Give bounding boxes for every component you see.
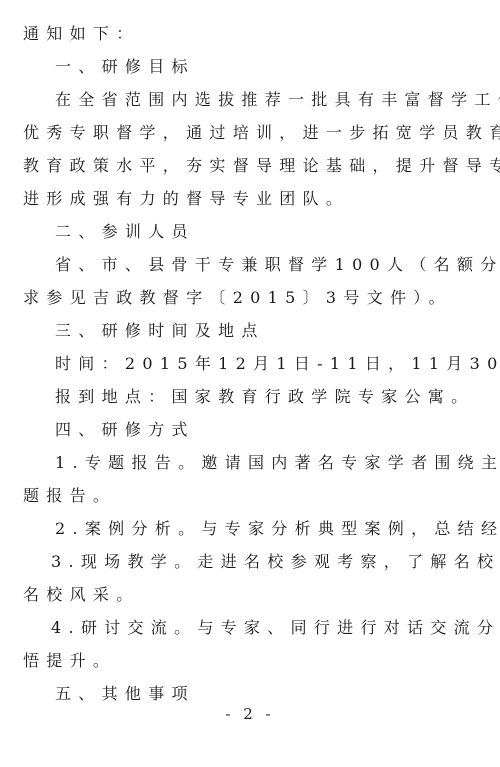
list-item-1: 1.专题报告。邀请国内著名专家学者围绕主题作系列专: [23, 446, 463, 479]
paragraph-line: 省、市、县骨干专兼职督学100人（名额分配及其他要: [23, 248, 463, 281]
salutation-line: 通知如下：: [23, 17, 463, 50]
list-item-4: 4.研讨交流。与专家、同行进行对话交流分享思路，感: [23, 611, 463, 644]
paragraph-line: 优秀专职督学，通过培训，进一步拓宽学员教育视野，提高: [23, 116, 463, 149]
page-number: - 2 -: [0, 705, 500, 723]
list-item-3-cont: 名校风采。: [23, 578, 463, 611]
list-item-1-cont: 题报告。: [23, 479, 463, 512]
section-heading-1: 一、研修目标: [23, 50, 463, 83]
location-line: 报到地点：国家教育行政学院专家公寓。: [23, 380, 463, 413]
list-item-3: 3.现场教学。走进名校参观考察，了解名校特色，感受: [23, 545, 463, 578]
section-heading-3: 三、研修时间及地点: [23, 314, 463, 347]
list-item-2: 2.案例分析。与专家分析典型案例，总结经验。: [23, 512, 463, 545]
paragraph-line: 教育政策水平，夯实督导理论基础，提升督导专业能力，促: [23, 149, 463, 182]
paragraph-line: 求参见吉政教督字〔2015〕3号文件）。: [23, 281, 463, 314]
paragraph-line: 在全省范围内选拔推荐一批具有丰富督学工作经验的: [23, 83, 463, 116]
list-item-4-cont: 悟提升。: [23, 644, 463, 677]
paragraph-line: 进形成强有力的督导专业团队。: [23, 182, 463, 215]
document-page: 通知如下： 一、研修目标 在全省范围内选拔推荐一批具有丰富督学工作经验的 优秀专…: [23, 17, 463, 710]
section-heading-4: 四、研修方式: [23, 413, 463, 446]
time-line: 时间：2015年12月1日-11日，11月30日报到。: [23, 347, 463, 380]
section-heading-2: 二、参训人员: [23, 215, 463, 248]
